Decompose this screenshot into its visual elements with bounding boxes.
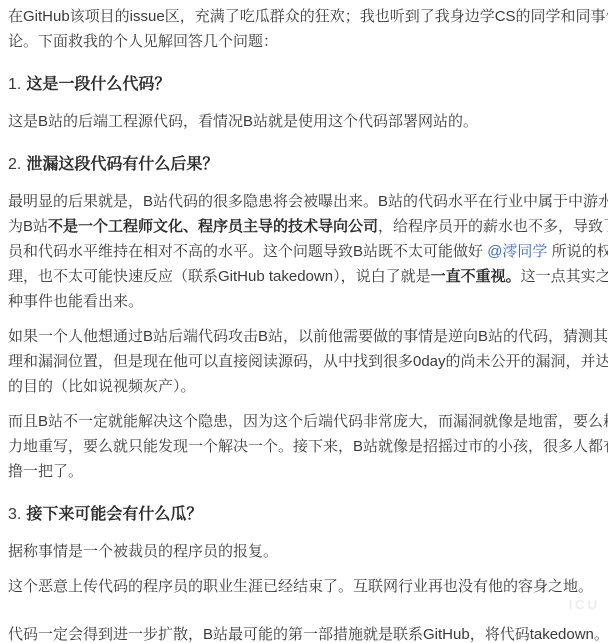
text-line: 最明显的后果就是，B站代码的很多隐患将会被曝出来。B站的代码水平在行业中属于中游… <box>8 189 608 214</box>
text-line: 如果一个人他想通过B站后端代码攻击B站，以前他需要做的事情是逆向B站的代码，猜测… <box>8 324 608 349</box>
section-heading: 2.泄漏这段代码有什么后果？ <box>8 152 608 177</box>
text-line: 种事件也能看出来。 <box>8 289 608 314</box>
text: 论。下面救我的个人见解回答几个问题： <box>8 33 278 50</box>
section-title: 接下来可能会有什么瓜？ <box>26 506 202 523</box>
section-number: 2. <box>8 156 21 173</box>
text: 的目的（比如说视频灰产）。 <box>8 378 196 395</box>
paragraph: 最明显的后果就是，B站代码的很多隐患将会被曝出来。B站的代码水平在行业中属于中游… <box>8 189 608 314</box>
paragraph: 在GitHub该项目的issue区，充满了吃瓜群众的狂欢；我也听到了我身边学CS… <box>8 4 608 54</box>
text-line: 在GitHub该项目的issue区，充满了吃瓜群众的狂欢；我也听到了我身边学CS… <box>8 4 608 29</box>
mention-link[interactable]: @澪同学 <box>487 243 547 260</box>
text-line: 力地重写，要么就只能发现一个解决一个。接下来，B站就像是招摇过市的小孩，很多人都… <box>8 434 608 459</box>
text-line: 代码一定会得到进一步扩散，B站最可能的第一部措施就是联系GitHub，将代码ta… <box>8 622 608 643</box>
text-line: 而且B站不一定就能解决这个隐患，因为这个后端代码非常庞大，而漏洞就像是地雷，要么… <box>8 409 608 434</box>
text-line: 论。下面救我的个人见解回答几个问题： <box>8 29 608 54</box>
text: 据称事情是一个被裁员的程序员的报复。 <box>8 543 278 560</box>
text-line: 的目的（比如说视频灰产）。 <box>8 374 608 399</box>
section-heading: 1.这是一段什么代码？ <box>8 72 608 97</box>
text-line: 据称事情是一个被裁员的程序员的报复。 <box>8 539 608 564</box>
text-line: 这是B站的后端工程源代码，看情况B站就是使用这个代码部署网站的。 <box>8 109 608 134</box>
section-number: 3. <box>8 506 21 523</box>
text: 最明显的后果就是，B站代码的很多隐患将会被曝出来。B站的代码水平在行业中属于中游… <box>8 193 608 210</box>
paragraph: 代码一定会得到进一步扩散，B站最可能的第一部措施就是联系GitHub，将代码ta… <box>8 622 608 643</box>
text: 如果一个人他想通过B站后端代码攻击B站，以前他需要做的事情是逆向B站的代码，猜测… <box>8 328 608 345</box>
bold-text: 一直不重视。 <box>431 268 521 285</box>
text: 这是B站的后端工程源代码，看情况B站就是使用这个代码部署网站的。 <box>8 113 478 130</box>
paragraph: 这是B站的后端工程源代码，看情况B站就是使用这个代码部署网站的。 <box>8 109 608 134</box>
text: 种事件也能看出来。 <box>8 293 143 310</box>
text: 而且B站不一定就能解决这个隐患，因为这个后端代码非常庞大，而漏洞就像是地雷，要么… <box>8 413 608 430</box>
article-content: 在GitHub该项目的issue区，充满了吃瓜群众的狂欢；我也听到了我身边学CS… <box>0 0 608 643</box>
article-page: { "page": { "background": "#ffffff", "te… <box>0 0 608 643</box>
text: 力地重写，要么就只能发现一个解决一个。接下来，B站就像是招摇过市的小孩，很多人都… <box>8 438 608 455</box>
text: 代码一定会得到进一步扩散，B站最可能的第一部措施就是联系GitHub，将代码ta… <box>8 626 608 643</box>
section-title: 泄漏这段代码有什么后果？ <box>26 156 218 173</box>
text-line: 撸一把了。 <box>8 459 608 484</box>
text-line: 员和代码水平维持在相对不高的水平。这个问题导致B站既不太可能做好 @澪同学 所说… <box>8 239 608 264</box>
text: 这一点其实之前 <box>521 268 608 285</box>
text: 这个恶意上传代码的程序员的职业生涯已经结束了。互联网行业再也没有他的容身之地。 <box>8 578 593 595</box>
text: 在GitHub该项目的issue区，充满了吃瓜群众的狂欢；我也听到了我身边学CS… <box>8 8 608 25</box>
text: 撸一把了。 <box>8 463 83 480</box>
paragraph: 如果一个人他想通过B站后端代码攻击B站，以前他需要做的事情是逆向B站的代码，猜测… <box>8 324 608 399</box>
text-line: 理和漏洞位置，但是现在他可以直接阅读源码，从中找到很多0day的尚未公开的漏洞，… <box>8 349 608 374</box>
text-line: 这个恶意上传代码的程序员的职业生涯已经结束了。互联网行业再也没有他的容身之地。 <box>8 574 608 599</box>
text-line: 为B站不是一个工程师文化、程序员主导的技术导向公司，给程序员开的薪水也不多，导致… <box>8 214 608 239</box>
section-title: 这是一段什么代码？ <box>26 76 170 93</box>
paragraph: 这个恶意上传代码的程序员的职业生涯已经结束了。互联网行业再也没有他的容身之地。 <box>8 574 608 599</box>
bold-text: 不是一个工程师文化、程序员主导的技术导向公司 <box>48 218 378 235</box>
section-number: 1. <box>8 76 21 93</box>
paragraph: 据称事情是一个被裁员的程序员的报复。 <box>8 539 608 564</box>
text: 为B站 <box>8 218 48 235</box>
paragraph: 而且B站不一定就能解决这个隐患，因为这个后端代码非常庞大，而漏洞就像是地雷，要么… <box>8 409 608 484</box>
text: 员和代码水平维持在相对不高的水平。这个问题导致B站既不太可能做好 <box>8 243 487 260</box>
text: ，给程序员开的薪水也不多，导致了程序 <box>378 218 608 235</box>
text: 所说的权限管 <box>547 243 608 260</box>
text-line: 理，也不太可能快速反应（联系GitHub takedown），说白了就是一直不重… <box>8 264 608 289</box>
section-heading: 3.接下来可能会有什么瓜？ <box>8 502 608 527</box>
text: 理，也不太可能快速反应（联系GitHub takedown），说白了就是 <box>8 268 431 285</box>
text: 理和漏洞位置，但是现在他可以直接阅读源码，从中找到很多0day的尚未公开的漏洞，… <box>8 353 608 370</box>
